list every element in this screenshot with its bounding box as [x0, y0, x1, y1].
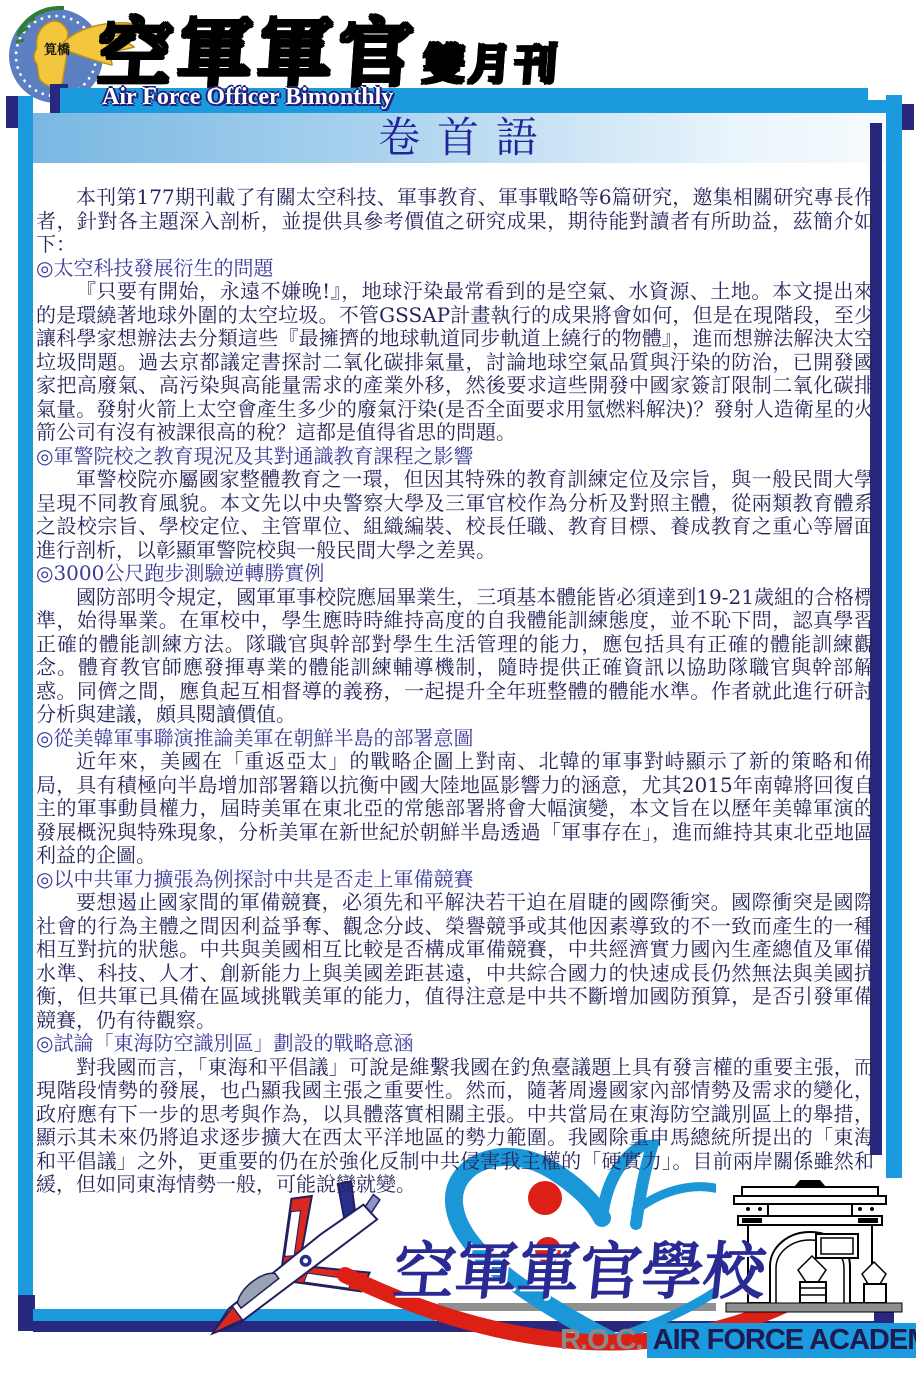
foreword-section: ◎3000公尺跑步測驗逆轉勝實例 國防部明令規定，國軍軍事校院應屆畢業生，三項基…: [36, 562, 874, 727]
foreword-section: ◎軍警院校之教育現況及其對通識教育課程之影響 軍警校院亦屬國家整體教育之一環，但…: [36, 445, 874, 563]
section-body: 要想遏止國家間的軍備競賽，必須先和平解決若干迫在眉睫的國際衝突。國際衝突是國際社…: [36, 891, 874, 1032]
foreword-section: ◎試論「東海防空識別區」劃設的戰略意涵 對我國而言，「東海和平倡議」可說是維繫我…: [36, 1032, 874, 1197]
english-title-bar: Air Force Officer Bimonthly: [60, 88, 868, 113]
masthead-subtitle: 雙月刊: [421, 40, 562, 89]
magazine-foreword-page: 筧橋 空軍軍官 雙月刊 Air Force Officer Bimonthly …: [0, 0, 916, 1380]
section-body: 近年來，美國在「重返亞太」的戰略企圖上對南、北韓的軍事對峙顯示了新的策略和佈局，…: [36, 750, 874, 868]
banner-top-corner-accent: [900, 104, 914, 130]
academy-english-name: R.O.C.AIR FORCE ACADEMY: [560, 1324, 894, 1357]
section-heading: ◎3000公尺跑步測驗逆轉勝實例: [36, 562, 874, 586]
foreword-section: ◎以中共軍力擴張為例探討中共是否走上軍備競賽 要想遏止國家間的軍備競賽，必須先和…: [36, 868, 874, 1033]
foreword-content: 本刊第177期刊載了有關太空科技、軍事教育、軍事戰略等6篇研究，邀集相關研究專長…: [36, 186, 874, 1197]
section-body: 『只要有開始，永遠不嫌晚!』，地球汙染最常看到的是空氣、水資源、土地。本文提出來…: [36, 280, 874, 445]
foreword-section: ◎太空科技發展衍生的問題 『只要有開始，永遠不嫌晚!』，地球汙染最常看到的是空氣…: [36, 257, 874, 445]
academy-english-highlight: AIR FORCE ACADEMY: [647, 1323, 916, 1358]
section-heading: ◎太空科技發展衍生的問題: [36, 257, 874, 281]
foreword-banner: 卷首語: [30, 113, 886, 163]
section-body: 軍警校院亦屬國家整體教育之一環，但因其特殊的教育訓練定位及宗旨，與一般民間大學呈…: [36, 468, 874, 562]
section-heading: ◎以中共軍力擴張為例探討中共是否走上軍備競賽: [36, 868, 874, 892]
emblem-badge-text: 筧橋: [44, 42, 70, 58]
section-body: 對我國而言，「東海和平倡議」可說是維繫我國在釣魚臺議題上具有發言權的重要主張，而…: [36, 1056, 874, 1197]
section-heading: ◎軍警院校之教育現況及其對通識教育課程之影響: [36, 445, 874, 469]
frame-right-bar: [886, 95, 902, 1300]
academy-english-prefix: R.O.C.: [560, 1324, 643, 1356]
section-heading: ◎從美韓軍事聯演推論美軍在朝鮮半島的部署意圖: [36, 727, 874, 751]
foreword-section: ◎從美韓軍事聯演推論美軍在朝鮮半島的部署意圖 近年來，美國在「重返亞太」的戰略企…: [36, 727, 874, 868]
frame-left-bar: [18, 96, 33, 1311]
academy-name: 空軍軍官學校: [389, 1222, 898, 1311]
section-heading: ◎試論「東海防空識別區」劃設的戰略意涵: [36, 1032, 874, 1056]
masthead-english-title: Air Force Officer Bimonthly: [102, 84, 393, 111]
page-title: 卷首語: [30, 113, 886, 163]
section-body: 國防部明令規定，國軍軍事校院應屆畢業生，三項基本體能皆必須達到19-21歲組的合…: [36, 586, 874, 727]
frame-left-top-accent: [6, 96, 18, 128]
intro-paragraph: 本刊第177期刊載了有關太空科技、軍事教育、軍事戰略等6篇研究，邀集相關研究專長…: [36, 186, 874, 257]
